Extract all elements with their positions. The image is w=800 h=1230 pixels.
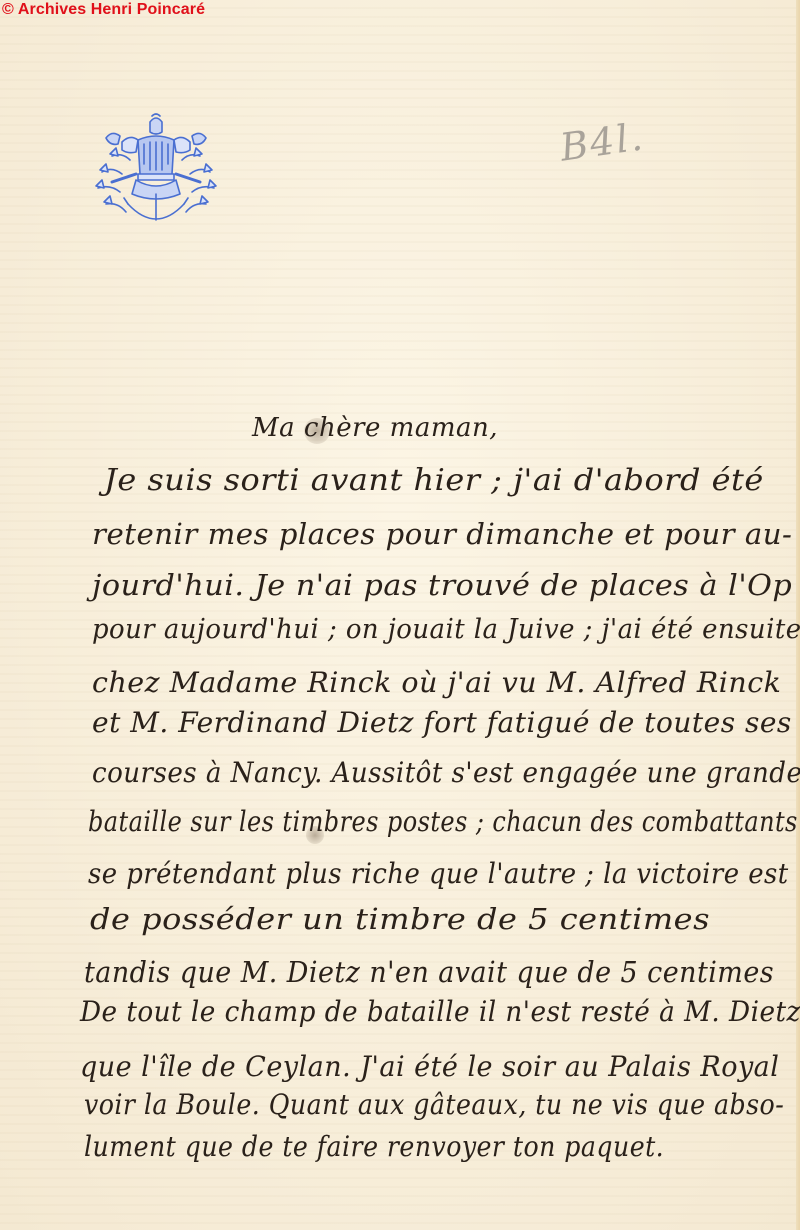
letter-page: © Archives Henri Poincaré: [0, 0, 800, 1230]
letter-line: courses à Nancy. Aussitôt s'est engagée …: [92, 756, 800, 789]
letter-line: de posséder un timbre de 5 centimes: [90, 902, 710, 936]
letter-line: retenir mes places pour dimanche et pour…: [92, 517, 792, 551]
letter-line: voir la Boule. Quant aux gâteaux, tu ne …: [84, 1088, 784, 1121]
letter-line: tandis que M. Dietz n'en avait que de 5 …: [84, 955, 774, 989]
letter-line: jourd'hui. Je n'ai pas trouvé de places …: [92, 568, 792, 602]
letter-line: et M. Ferdinand Dietz fort fatigué de to…: [92, 706, 792, 739]
letter-line: se prétendant plus riche que l'autre ; l…: [88, 857, 789, 890]
letter-line: chez Madame Rinck où j'ai vu M. Alfred R…: [92, 666, 781, 699]
letter-salutation: Ma chère maman,: [252, 413, 498, 443]
letter-line: De tout le champ de bataille il n'est re…: [80, 995, 800, 1028]
letter-line: pour aujourd'hui ; on jouait la Juive ; …: [92, 614, 800, 645]
letter-line: bataille sur les timbres postes ; chacun…: [88, 805, 798, 838]
handwritten-letter: Ma chère maman, Je suis sorti avant hier…: [0, 0, 800, 1230]
letter-line: lument que de te faire renvoyer ton paqu…: [84, 1130, 664, 1163]
letter-line: Je suis sorti avant hier ; j'ai d'abord …: [104, 463, 764, 498]
letter-line: que l'île de Ceylan. J'ai été le soir au…: [80, 1050, 779, 1083]
